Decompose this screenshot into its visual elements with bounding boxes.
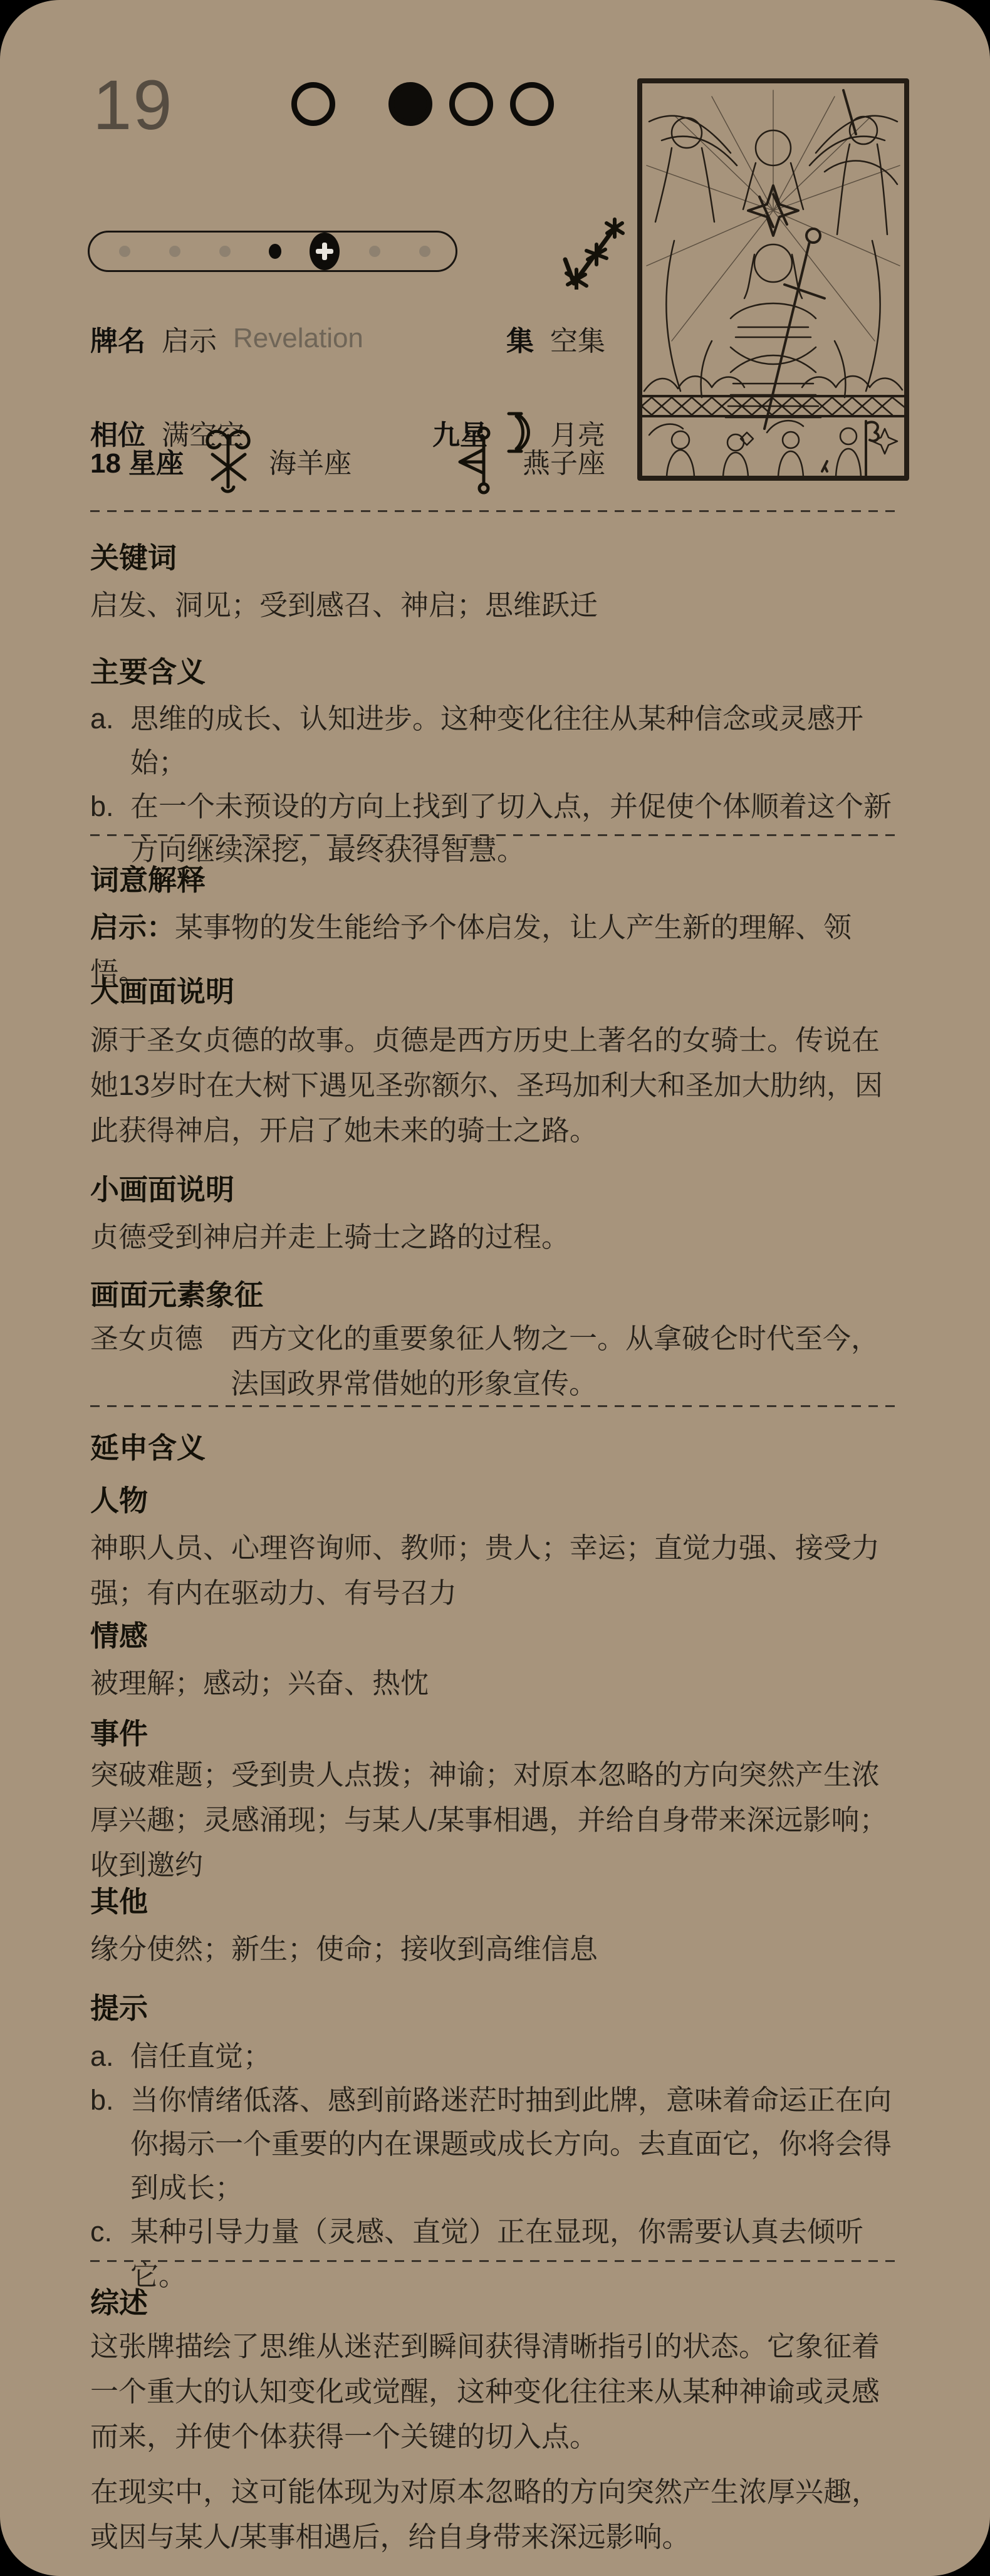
event-text: 突破难题；受到贵人点拨；神谕；对原本忽略的方向突然产生浓厚兴趣；灵感涌现；与某人… bbox=[90, 1752, 902, 1888]
list-text: 思维的成长、认知进步。这种变化往往从某种信念或灵感开始； bbox=[130, 697, 902, 785]
list-marker: a. bbox=[90, 697, 130, 785]
tips-heading: 提示 bbox=[90, 1992, 900, 2024]
level-slider[interactable] bbox=[88, 231, 457, 272]
name-value-en: Revelation bbox=[233, 323, 363, 354]
list-item: c. 某种引导力量（灵感、直觉）正在显现，你需要认真去倾听它。 bbox=[90, 2210, 902, 2298]
word-meaning-lead: 启示： bbox=[90, 911, 175, 943]
slider-dot[interactable] bbox=[219, 246, 231, 257]
elements-heading: 画面元素象征 bbox=[90, 1279, 900, 1311]
zodiac-value: 海羊座 bbox=[269, 441, 352, 481]
elements-definition: 西方文化的重要象征人物之一。从拿破仑时代至今，法国政界常借她的形象宣传。 bbox=[231, 1316, 902, 1406]
summary-heading: 综述 bbox=[90, 2286, 900, 2319]
plus-button[interactable] bbox=[310, 233, 340, 270]
progress-dot[interactable] bbox=[291, 82, 335, 126]
card-number: 19 bbox=[93, 70, 174, 140]
list-text: 某种引导力量（灵感、直觉）正在显现，你需要认真去倾听它。 bbox=[130, 2210, 902, 2298]
progress-dot-filled[interactable] bbox=[388, 82, 432, 126]
big-picture-text: 源于圣女贞德的故事。贞德是西方历史上著名的女骑士。传说在她13岁时在大树下遇见圣… bbox=[90, 1018, 902, 1153]
list-marker: a. bbox=[90, 2034, 130, 2078]
table-row-zodiac: 18 星座 海羊座 bbox=[90, 426, 605, 495]
people-heading: 人物 bbox=[90, 1484, 900, 1517]
list-item: a. 思维的成长、认知进步。这种变化往往从某种信念或灵感开始； bbox=[90, 697, 902, 785]
event-heading: 事件 bbox=[90, 1717, 900, 1750]
main-meaning-list: a. 思维的成长、认知进步。这种变化往往从某种信念或灵感开始； b. 在一个未预… bbox=[90, 697, 902, 872]
card-artwork bbox=[637, 78, 910, 481]
list-text: 当你情绪低落、感到前路迷茫时抽到此牌，意味着命运正在向你揭示一个重要的内在课题或… bbox=[130, 2078, 902, 2210]
keywords-text: 启发、洞见；受到感召、神启；思维跃迁 bbox=[90, 583, 902, 628]
summary-paragraph: 在现实中，这可能体现为对原本忽略的方向突然产生浓厚兴趣，或因与某人/某事相遇后，… bbox=[90, 2469, 902, 2560]
other-heading: 其他 bbox=[90, 1885, 900, 1918]
summary-paragraph: 这张牌描绘了思维从迷茫到瞬间获得清晰指引的状态。它象征着一个重大的认知变化或觉醒… bbox=[90, 2324, 902, 2459]
slider-dot[interactable] bbox=[419, 246, 430, 257]
set-label: 集 bbox=[506, 318, 534, 359]
sea-goat-icon bbox=[199, 426, 258, 496]
tips-list: a. 信任直觉； b. 当你情绪低落、感到前路迷茫时抽到此牌，意味着命运正在向你… bbox=[90, 2034, 902, 2298]
keywords-heading: 关键词 bbox=[90, 542, 900, 574]
slider-dot[interactable] bbox=[369, 246, 380, 257]
slider-dot[interactable] bbox=[169, 246, 180, 257]
small-picture-text: 贞德受到神启并走上骑士之路的过程。 bbox=[90, 1215, 902, 1260]
list-marker: c. bbox=[90, 2210, 130, 2298]
main-meaning-heading: 主要含义 bbox=[90, 656, 900, 688]
people-text: 神职人员、心理咨询师、教师；贵人；幸运；直觉力强、接受力强；有内在驱动力、有号召… bbox=[90, 1526, 902, 1616]
progress-dot[interactable] bbox=[449, 82, 493, 126]
constellation-icon bbox=[558, 213, 625, 293]
emotion-heading: 情感 bbox=[90, 1620, 900, 1652]
extended-meaning-heading: 延申含义 bbox=[90, 1432, 900, 1464]
tarot-card-detail-page: 19 bbox=[0, 0, 990, 2576]
zodiac-label: 18 星座 bbox=[90, 441, 184, 481]
list-item: b. 当你情绪低落、感到前路迷茫时抽到此牌，意味着命运正在向你揭示一个重要的内在… bbox=[90, 2078, 902, 2210]
list-text: 信任直觉； bbox=[130, 2034, 902, 2078]
small-picture-heading: 小画面说明 bbox=[90, 1173, 900, 1206]
big-picture-heading: 大画面说明 bbox=[90, 975, 900, 1008]
elements-term: 圣女贞德 bbox=[90, 1316, 231, 1406]
other-text: 缘分使然；新生；使命；接收到高维信息 bbox=[90, 1927, 902, 1972]
set-value: 空集 bbox=[550, 318, 605, 359]
dashed-divider bbox=[90, 510, 900, 512]
swallow-icon bbox=[452, 426, 511, 496]
zodiac2-value: 燕子座 bbox=[523, 441, 605, 481]
list-marker: b. bbox=[90, 2078, 130, 2210]
table-row-name: 牌名 启示 Revelation 集 空集 bbox=[90, 320, 605, 357]
slider-dot-active[interactable] bbox=[269, 244, 281, 259]
list-marker: b. bbox=[90, 785, 130, 872]
elements-term-row: 圣女贞德 西方文化的重要象征人物之一。从拿破仑时代至今，法国政界常借她的形象宣传… bbox=[90, 1316, 902, 1406]
word-meaning-heading: 词意解释 bbox=[90, 864, 900, 896]
progress-dot[interactable] bbox=[510, 82, 554, 126]
list-item: a. 信任直觉； bbox=[90, 2034, 902, 2078]
list-item: b. 在一个未预设的方向上找到了切入点，并促使个体顺着这个新方向继续深挖，最终获… bbox=[90, 785, 902, 872]
name-label: 牌名 bbox=[90, 318, 145, 359]
slider-dot[interactable] bbox=[119, 246, 130, 257]
list-text: 在一个未预设的方向上找到了切入点，并促使个体顺着这个新方向继续深挖，最终获得智慧… bbox=[130, 785, 902, 872]
name-value: 启示 bbox=[162, 318, 217, 359]
emotion-text: 被理解；感动；兴奋、热忱 bbox=[90, 1661, 902, 1706]
